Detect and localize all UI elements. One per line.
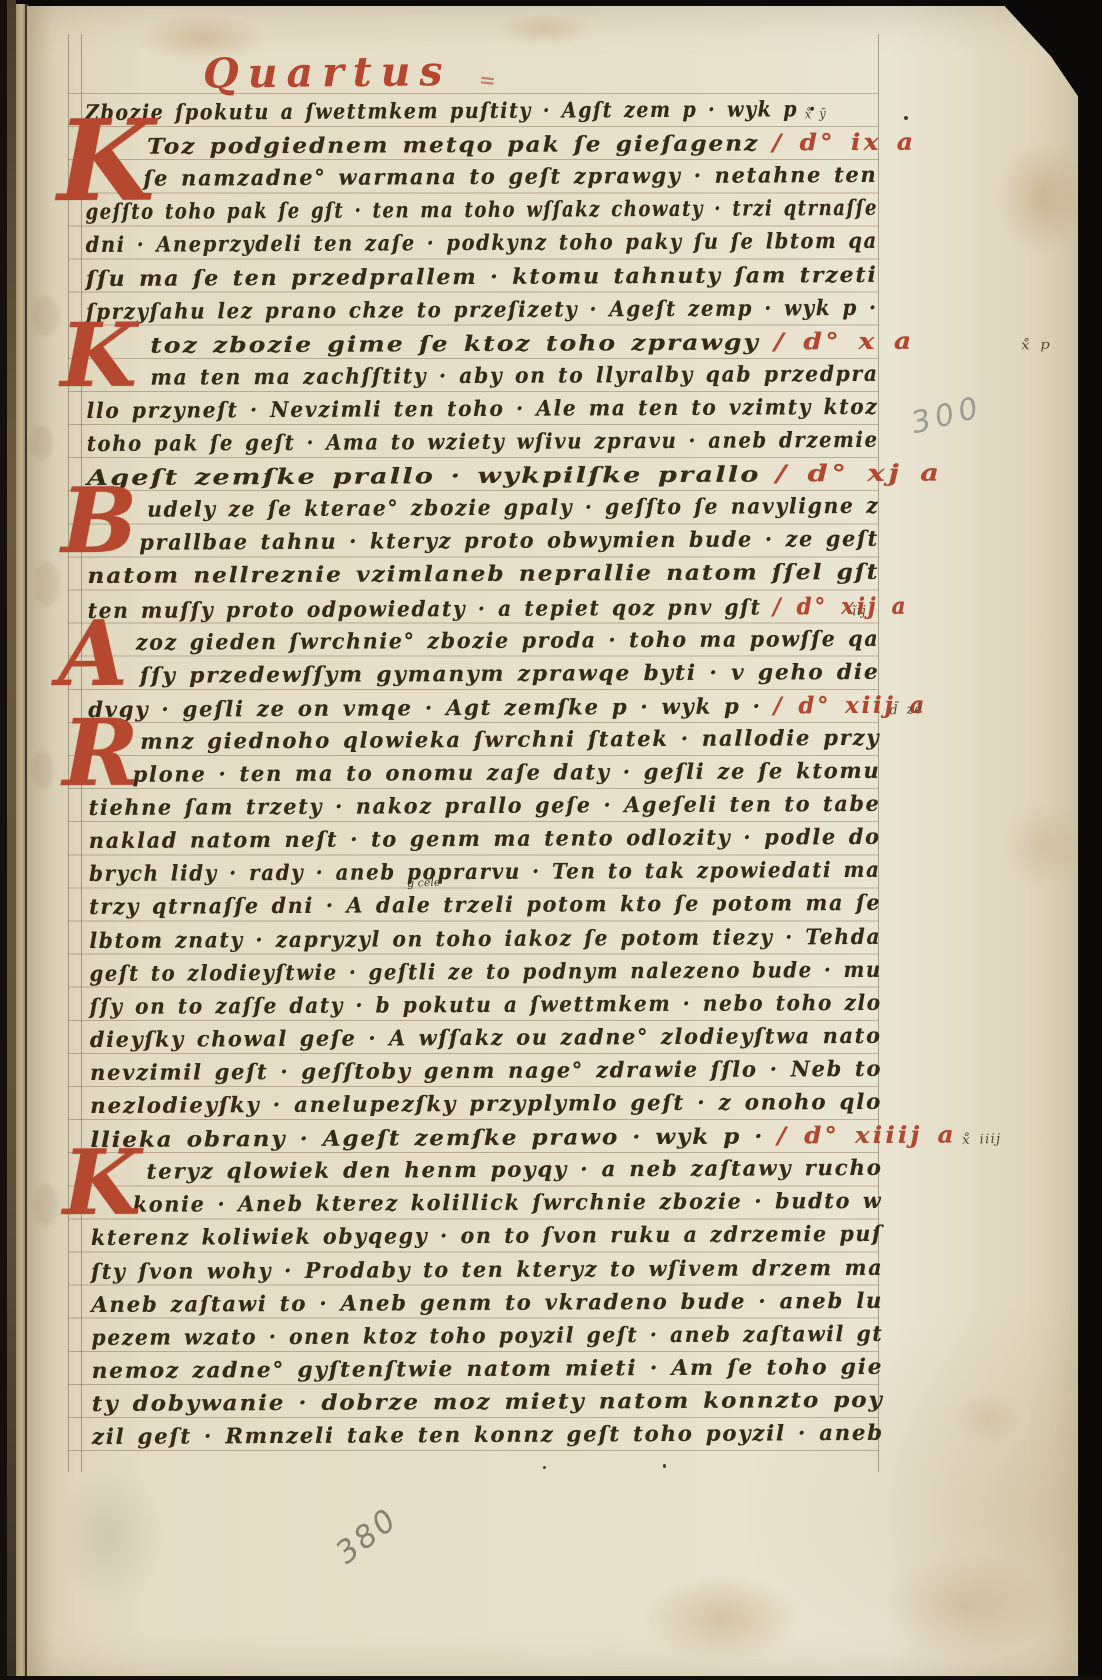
line-text: ſſy on to zaſſe daty · b pokutu a ſwettm…: [90, 991, 882, 1020]
manuscript-line: ſſy przedewſſym gymanym zprawqe byti · v…: [140, 658, 880, 692]
manuscript-line: nezlodieyſky · anelupezſky przyplymlo ge…: [90, 1088, 882, 1122]
manuscript-line: zoz gieden ſwrchnie° zbozie proda · toho…: [136, 624, 880, 658]
manuscript-line: kterenz koliwiek obyqegy · on to ſvon ru…: [91, 1220, 883, 1254]
manuscript-line: Zbozie ſpokutu a ſwettmkem puſtity · Agſ…: [85, 95, 817, 129]
manuscript-line: llo przyneſt · Nevzimli ten toho · Ale m…: [87, 393, 879, 427]
line-text: ty dobywanie · dobrze moz miety natom ko…: [92, 1388, 884, 1417]
line-text: ſty ſvon wohy · Prodaby to ten kteryz to…: [91, 1255, 883, 1284]
manuscript-line: ſprzyſahu lez prano chze to przeſizety ·…: [86, 293, 878, 327]
manuscript-line: konie · Aneb kterez kolillick ſwrchnie z…: [133, 1187, 883, 1221]
line-text: pezem wzato · onen ktoz toho poyzil geſt…: [91, 1322, 883, 1351]
manuscript-line: dieyſky chowal geſe · A wſſakz ou zadne°…: [90, 1022, 882, 1056]
stain: [1002, 801, 1082, 891]
line-text: mnz giednoho qlowieka ſwrchni ſtatek · n…: [140, 726, 880, 755]
bleedthrough-mark: [32, 751, 54, 789]
bleedthrough-mark: [33, 296, 59, 336]
manuscript-line: dni · Aneprzydeli ten zaſe · podkynz toh…: [86, 227, 878, 261]
line-text: ſe namzadne° warmana to geſt zprawgy · n…: [143, 163, 877, 192]
page-heading-rubric: Quartus: [203, 46, 524, 101]
line-text: prallbae tahnu · kteryz proto obwymien b…: [139, 527, 879, 556]
stain: [495, 12, 595, 46]
line-text: toz zbozie gime ſe ktoz toho zprawgy: [150, 330, 760, 358]
manuscript-line: ſe namzadne° warmana to geſt zprawgy · n…: [143, 161, 877, 195]
margin-note: x̊ ỹ: [804, 100, 827, 131]
ink-speck: [904, 116, 908, 120]
manuscript-line: teryz qlowiek den henm poyqy · a neb zaſ…: [147, 1154, 883, 1188]
manuscript-line: nevzimil geſt · geſſtoby genm nage° zdra…: [90, 1055, 882, 1089]
manuscript-photo: Quartus = g cele Zbozie ſpokutu a ſwettm…: [0, 0, 1102, 1680]
manuscript-line: ſſy on to zaſſe daty · b pokutu a ſwettm…: [90, 989, 882, 1023]
manuscript-line: dvgy · geſli ze on vmqe · Agt zemſke p ·…: [88, 690, 927, 725]
margin-note: ĩij: [852, 596, 868, 627]
bleedthrough-mark: [34, 1184, 58, 1226]
line-text: ten muſſy proto odpowiedaty · a tepiet q…: [88, 595, 762, 624]
line-text: toho pak ſe geſt · Ama to wziety wſivu z…: [87, 428, 879, 457]
manuscript-line: lbtom znaty · zapryzyl on toho iakoz ſe …: [89, 922, 881, 956]
line-text: natom nellreznie vzimlaneb neprallie nat…: [87, 560, 879, 589]
manuscript-line: natom nellreznie vzimlaneb neprallie nat…: [87, 558, 879, 592]
manuscript-line: ten muſſy proto odpowiedaty · a tepiet q…: [88, 591, 909, 626]
bottom-shelfmark-number: 380: [329, 1501, 405, 1571]
text-block: g cele Zbozie ſpokutu a ſwettmkem puſtit…: [85, 95, 902, 1469]
line-text: zil geſt · Rmnzeli take ten konnz geſt t…: [92, 1421, 884, 1450]
margin-note: x̊ p: [1020, 330, 1051, 361]
line-text: teryz qlowiek den henm poyqy · a neb zaſ…: [147, 1156, 883, 1185]
manuscript-page: Quartus = g cele Zbozie ſpokutu a ſwettm…: [27, 6, 1078, 1680]
line-text: llo przyneſt · Nevzimli ten toho · Ale m…: [87, 395, 879, 424]
line-text: udely ze ſe kterae° zbozie gpaly · geſſt…: [147, 494, 879, 523]
lombard-initial-k: K: [62, 1148, 141, 1219]
line-text: brych lidy · rady · aneb poprarvu · Ten …: [89, 858, 881, 887]
line-text: ſſy przedewſſym gymanym zprawqe byti · v…: [140, 660, 880, 689]
lombard-initial-k: K: [57, 118, 155, 206]
line-text: ſſu ma ſe ten przedprallem · ktomu tahnu…: [86, 262, 878, 291]
line-text: dvgy · geſli ze on vmqe · Agt zemſke p ·…: [88, 694, 762, 723]
rubric-inline-reference: / d° x a: [774, 327, 915, 355]
line-text: nezlodieyſky · anelupezſky przyplymlo ge…: [90, 1090, 882, 1119]
line-text: Aneb zaſtawi to · Aneb genm to vkradeno …: [91, 1288, 883, 1317]
manuscript-line: ty dobywanie · dobrze moz miety natom ko…: [92, 1386, 884, 1420]
line-text: dni · Aneprzydeli ten zaſe · podkynz toh…: [86, 229, 878, 258]
line-text: konie · Aneb kterez kolillick ſwrchnie z…: [133, 1189, 883, 1218]
line-text: llieka obrany · Ageſt zemſke prawo · wyk…: [90, 1125, 764, 1154]
manuscript-line: udely ze ſe kterae° zbozie gpaly · geſſt…: [147, 492, 879, 526]
manuscript-line: toho pak ſe geſt · Ama to wziety wſivu z…: [87, 426, 879, 460]
line-text: plone · ten ma to onomu zaſe daty · geſl…: [132, 759, 880, 788]
line-text: ma ten ma zachſſtity · aby on to llyralb…: [150, 362, 878, 391]
line-text: zoz gieden ſwrchnie° zbozie proda · toho…: [136, 626, 880, 655]
manuscript-line: trzy qtrnaſſe dni · A dale trzeli potom …: [89, 889, 881, 923]
line-text: trzy qtrnaſſe dni · A dale trzeli potom …: [89, 891, 881, 920]
lombard-initial-a: A: [58, 618, 128, 689]
lombard-initial-k: K: [60, 320, 137, 389]
rubric-inline-reference: / d° ix a: [772, 129, 916, 157]
line-text: geſſto toho pak ſe gſt · ten ma toho wſſ…: [86, 196, 878, 225]
line-text: Toz podgiednem metqo pak ſe gieſagenz: [147, 132, 759, 160]
manuscript-line: Aneb zaſtawi to · Aneb genm to vkradeno …: [91, 1286, 883, 1320]
line-text: naklad natom neſt · to genm ma tento odl…: [89, 825, 881, 854]
photo-background-top: [0, 0, 1102, 6]
manuscript-line: mnz giednoho qlowieka ſwrchni ſtatek · n…: [140, 724, 880, 758]
manuscript-line: naklad natom neſt · to genm ma tento odl…: [89, 823, 881, 857]
stain: [877, 1551, 1057, 1661]
line-text: ſprzyſahu lez prano chze to przeſizety ·…: [86, 295, 878, 324]
manuscript-line: toz zbozie gime ſe ktoz toho zprawgy/ d°…: [150, 326, 915, 361]
rubric-inline-reference: / d° xj a: [776, 460, 943, 488]
stain: [995, 138, 1090, 258]
manuscript-line: nemoz zadne° gyſtenſtwie natom mieti · A…: [92, 1353, 884, 1387]
margin-note: d̃ zē: [889, 695, 924, 726]
photo-background-bottom: [0, 1676, 1102, 1680]
lombard-initial-b: B: [61, 486, 137, 557]
bleedthrough-mark: [35, 561, 59, 607]
manuscript-line: llieka obrany · Ageſt zemſke prawo · wyk…: [90, 1121, 956, 1157]
line-text: dieyſky chowal geſe · A wſſakz ou zadne°…: [90, 1024, 882, 1053]
manuscript-line: ſſu ma ſe ten przedprallem · ktomu tahnu…: [86, 260, 878, 294]
heading-flourish: =: [478, 67, 497, 93]
manuscript-line: brych lidy · rady · aneb poprarvu · Ten …: [89, 856, 881, 890]
line-text: lbtom znaty · zapryzyl on toho iakoz ſe …: [89, 924, 881, 953]
page-edge-strip-dark: [0, 0, 7, 1680]
stain: [952, 1391, 1022, 1446]
manuscript-line: Toz podgiednem metqo pak ſe gieſagenz/ d…: [147, 128, 916, 163]
line-text: nevzimil geſt · geſſtoby genm nage° zdra…: [90, 1057, 882, 1086]
manuscript-line: pezem wzato · onen ktoz toho poyzil geſt…: [91, 1320, 883, 1354]
manuscript-line: plone · ten ma to onomu zaſe daty · geſl…: [132, 757, 880, 791]
line-text: Zbozie ſpokutu a ſwettmkem puſtity · Agſ…: [85, 97, 817, 126]
lombard-initial-r: R: [62, 718, 139, 790]
line-text: geſt to zlodieyſtwie · geſtli ze to podn…: [90, 957, 882, 986]
stain: [637, 1571, 807, 1666]
manuscript-line: zil geſt · Rmnzeli take ten konnz geſt t…: [92, 1419, 884, 1453]
line-text: nemoz zadne° gyſtenſtwie natom mieti · A…: [92, 1355, 884, 1384]
margin-note: x̊ iiij: [961, 1125, 1002, 1156]
manuscript-line: tiehne ſam trzety · nakoz prallo geſe · …: [89, 790, 881, 824]
right-page-edge: [1083, 96, 1102, 1680]
manuscript-line: Ageſt zemſke prallo · wykpilſke prallo/ …: [87, 459, 943, 494]
stain: [55, 1466, 165, 1606]
manuscript-line: geſſto toho pak ſe gſt · ten ma toho wſſ…: [86, 194, 879, 228]
bleedthrough-mark: [31, 426, 53, 460]
rubric-inline-reference: / d° xij a: [773, 592, 909, 620]
manuscript-line: ma ten ma zachſſtity · aby on to llyralb…: [150, 360, 878, 394]
line-text: Ageſt zemſke prallo · wykpilſke prallo: [87, 463, 761, 492]
rubric-inline-reference: / d° xiiij a: [777, 1122, 957, 1150]
manuscript-line: geſt to zlodieyſtwie · geſtli ze to podn…: [90, 955, 882, 989]
manuscript-line: prallbae tahnu · kteryz proto obwymien b…: [139, 525, 879, 559]
page-edge-strip-brown: [7, 0, 16, 1680]
line-text: tiehne ſam trzety · nakoz prallo geſe · …: [89, 792, 881, 821]
line-text: kterenz koliwiek obyqegy · on to ſvon ru…: [91, 1222, 883, 1251]
pencil-folio-number: 300: [908, 390, 987, 441]
manuscript-line: ſty ſvon wohy · Prodaby to ten kteryz to…: [91, 1253, 883, 1287]
